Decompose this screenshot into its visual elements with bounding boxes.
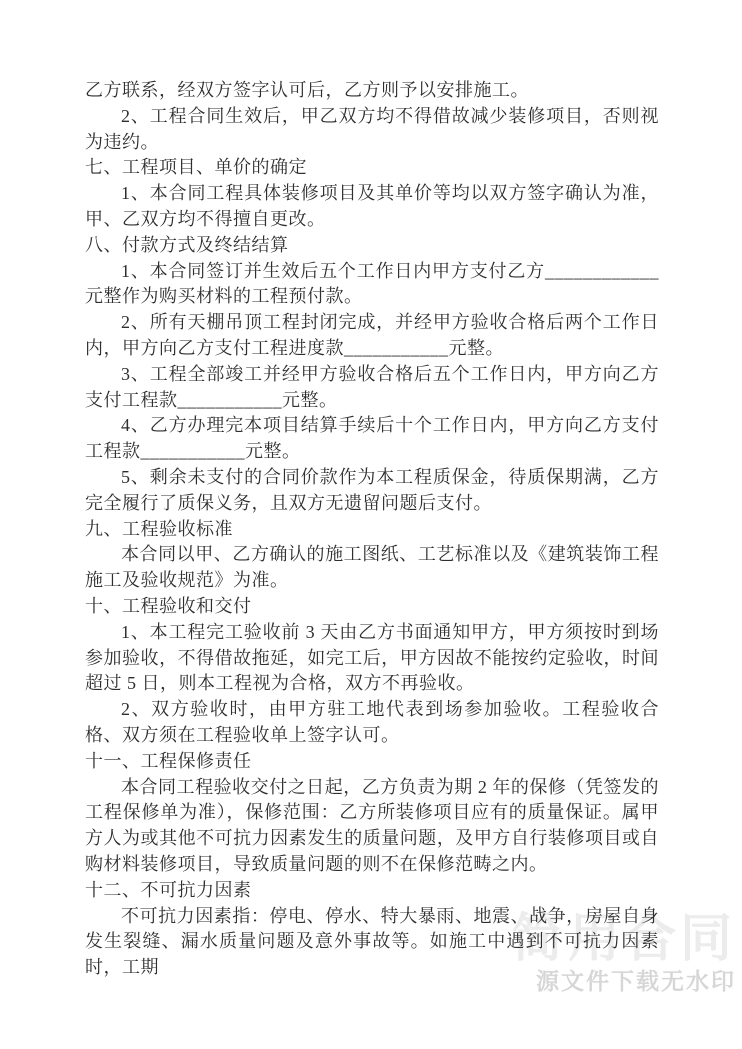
section-heading-7: 七、工程项目、单价的确定 <box>85 155 659 181</box>
section-heading-11: 十一、工程保修责任 <box>85 749 659 775</box>
paragraph: 本合同工程验收交付之日起，乙方负责为期 2 年的保修（凭签发的工程保修单为准），… <box>85 775 659 878</box>
section-heading-10: 十、工程验收和交付 <box>85 594 659 620</box>
paragraph: 1、本合同工程具体装修项目及其单价等均以双方签字确认为准，甲、乙双方均不得擅自更… <box>85 181 659 233</box>
paragraph-payment-4-with-blank: 4、乙方办理完本项目结算手续后十个工作日内，甲方向乙方支付工程款________… <box>85 413 659 465</box>
paragraph: 本合同以甲、乙方确认的施工图纸、工艺标准以及《建筑装饰工程施工及验收规范》为准。 <box>85 542 659 594</box>
paragraph: 不可抗力因素指：停电、停水、特大暴雨、地震、战争，房屋自身发生裂缝、漏水质量问题… <box>85 904 659 981</box>
paragraph: 5、剩余未支付的合同价款作为本工程质保金，待质保期满，乙方完全履行了质保义务，且… <box>85 465 659 517</box>
section-heading-9: 九、工程验收标准 <box>85 517 659 543</box>
paragraph: 2、工程合同生效后，甲乙双方均不得借故减少装修项目，否则视为违约。 <box>85 104 659 156</box>
contract-document-page: 简用合同 源文件下载无水印 乙方联系，经双方签字认可后，乙方则予以安排施工。 2… <box>0 0 742 1049</box>
paragraph-payment-3-with-blank: 3、工程全部竣工并经甲方验收合格后五个工作日内，甲方向乙方支付工程款______… <box>85 362 659 414</box>
paragraph-payment-2-with-blank: 2、所有天棚吊顶工程封闭完成，并经甲方验收合格后两个工作日内，甲方向乙方支付工程… <box>85 310 659 362</box>
paragraph: 1、本工程完工验收前 3 天由乙方书面通知甲方，甲方须按时到场参加验收，不得借故… <box>85 620 659 697</box>
section-heading-8: 八、付款方式及终结结算 <box>85 233 659 259</box>
section-heading-12: 十二、不可抗力因素 <box>85 878 659 904</box>
paragraph-payment-1-with-blank: 1、本合同签订并生效后五个工作日内甲方支付乙方____________元整作为购… <box>85 259 659 311</box>
paragraph-continuation: 乙方联系，经双方签字认可后，乙方则予以安排施工。 <box>85 78 659 104</box>
contract-body: 乙方联系，经双方签字认可后，乙方则予以安排施工。 2、工程合同生效后，甲乙双方均… <box>85 78 659 981</box>
paragraph: 2、双方验收时，由甲方驻工地代表到场参加验收。工程验收合格、双方须在工程验收单上… <box>85 697 659 749</box>
